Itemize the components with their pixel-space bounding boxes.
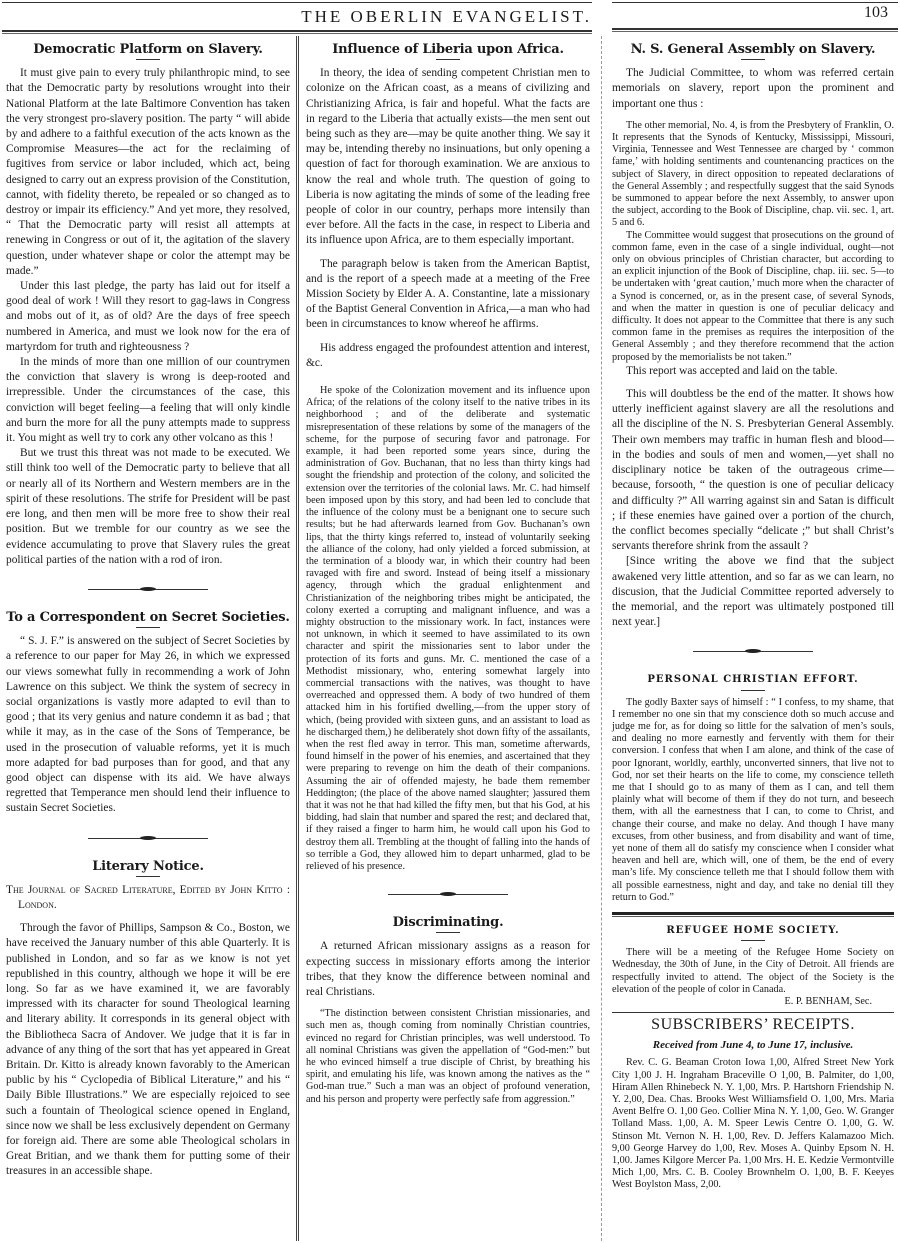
article-personal-effort: PERSONAL CHRISTIAN EFFORT. The godly Bax… xyxy=(612,672,894,904)
article-literary-notice: Literary Notice. The Journal of Sacred L… xyxy=(6,859,290,1180)
article-title: N. S. General Assembly on Slavery. xyxy=(612,42,894,57)
article-refugee-home: REFUGEE HOME SOCIETY. There will be a me… xyxy=(612,923,894,1008)
receipts-list: Rev. C. G. Beaman Croton Iowa 1,00, Alfr… xyxy=(612,1057,894,1191)
article-general-assembly: N. S. General Assembly on Slavery. The J… xyxy=(612,42,894,630)
book-citation: The Journal of Sacred Literature, Edited… xyxy=(6,883,290,913)
quoted-memorial: The other memorial, No. 4, is from the P… xyxy=(612,120,894,230)
article-discriminating: Discriminating. A returned African missi… xyxy=(306,915,590,1106)
receipts-date-range: Received from June 4, to June 17, inclus… xyxy=(612,1038,894,1053)
title-dash xyxy=(136,627,160,628)
quoted-memorial: The Committee would suggest that prosecu… xyxy=(612,230,894,364)
masthead-rule xyxy=(2,30,592,34)
paragraph: The Judicial Committee, to whom was refe… xyxy=(612,66,894,112)
signature: E. P. BENHAM, Sec. xyxy=(612,996,894,1008)
paragraph: Under this last pledge, the party has la… xyxy=(6,279,290,355)
article-title: PERSONAL CHRISTIAN EFFORT. xyxy=(612,672,894,687)
column-3: N. S. General Assembly on Slavery. The J… xyxy=(612,36,894,1192)
article-democratic-platform: Democratic Platform on Slavery. It must … xyxy=(6,42,290,568)
paragraph: This report was accepted and laid on the… xyxy=(612,364,894,379)
paragraph: The paragraph below is taken from the Am… xyxy=(306,257,590,333)
section-rule xyxy=(612,912,894,917)
title-dash xyxy=(136,876,160,877)
title-dash xyxy=(741,690,765,691)
ornament-divider xyxy=(693,648,813,656)
quoted-report: He spoke of the Colonization movement an… xyxy=(306,385,590,873)
column-1: Democratic Platform on Slavery. It must … xyxy=(6,36,290,1180)
title-dash xyxy=(436,59,460,60)
article-title: Literary Notice. xyxy=(6,859,290,874)
column-divider xyxy=(601,36,602,1241)
paragraph: His address engaged the profoundest atte… xyxy=(306,341,590,371)
paragraph: In theory, the idea of sending competent… xyxy=(306,66,590,248)
ornament-divider xyxy=(388,891,508,899)
paragraph: “ S. J. F.” is answered on the subject o… xyxy=(6,634,290,816)
section-rule xyxy=(612,1012,894,1013)
paragraph: A returned African missionary assigns as… xyxy=(306,939,590,1000)
paragraph: But we trust this threat was not made to… xyxy=(6,446,290,568)
article-title: Democratic Platform on Slavery. xyxy=(6,42,290,57)
title-dash xyxy=(741,59,765,60)
column-2: Influence of Liberia upon Africa. In the… xyxy=(306,36,590,1106)
article-liberia: Influence of Liberia upon Africa. In the… xyxy=(306,42,590,873)
paragraph: Through the favor of Phillips, Sampson &… xyxy=(6,921,290,1179)
newspaper-title: THE OBERLIN EVANGELIST. xyxy=(300,7,592,27)
ornament-divider xyxy=(88,586,208,594)
masthead-rule xyxy=(612,2,898,3)
masthead-rule xyxy=(2,2,592,3)
article-title: To a Correspondent on Secret Societies. xyxy=(6,610,290,625)
paragraph: The godly Baxter says of himself : “ I c… xyxy=(612,697,894,904)
title-dash xyxy=(741,940,765,941)
article-title: Discriminating. xyxy=(306,915,590,930)
masthead: THE OBERLIN EVANGELIST. 103 xyxy=(0,0,900,30)
title-dash xyxy=(436,932,460,933)
paragraph: It must give pain to every truly philant… xyxy=(6,66,290,279)
ornament-divider xyxy=(88,835,208,843)
quoted-passage: “The distinction between consistent Chri… xyxy=(306,1008,590,1106)
receipts-title: SUBSCRIBERS’ RECEIPTS. xyxy=(612,1017,894,1032)
page-number: 103 xyxy=(864,4,888,22)
paragraph: This will doubtless be the end of the ma… xyxy=(612,387,894,554)
title-dash xyxy=(136,59,160,60)
paragraph: [Since writing the above we find that th… xyxy=(612,554,894,630)
paragraph: There will be a meeting of the Refugee H… xyxy=(612,947,894,996)
masthead-rule xyxy=(612,28,898,32)
article-title: REFUGEE HOME SOCIETY. xyxy=(612,923,894,938)
article-receipts: SUBSCRIBERS’ RECEIPTS. Received from Jun… xyxy=(612,1017,894,1192)
column-divider xyxy=(296,36,299,1241)
paragraph: In the minds of more than one million of… xyxy=(6,355,290,446)
article-secret-societies: To a Correspondent on Secret Societies. … xyxy=(6,610,290,817)
article-title: Influence of Liberia upon Africa. xyxy=(306,42,590,57)
